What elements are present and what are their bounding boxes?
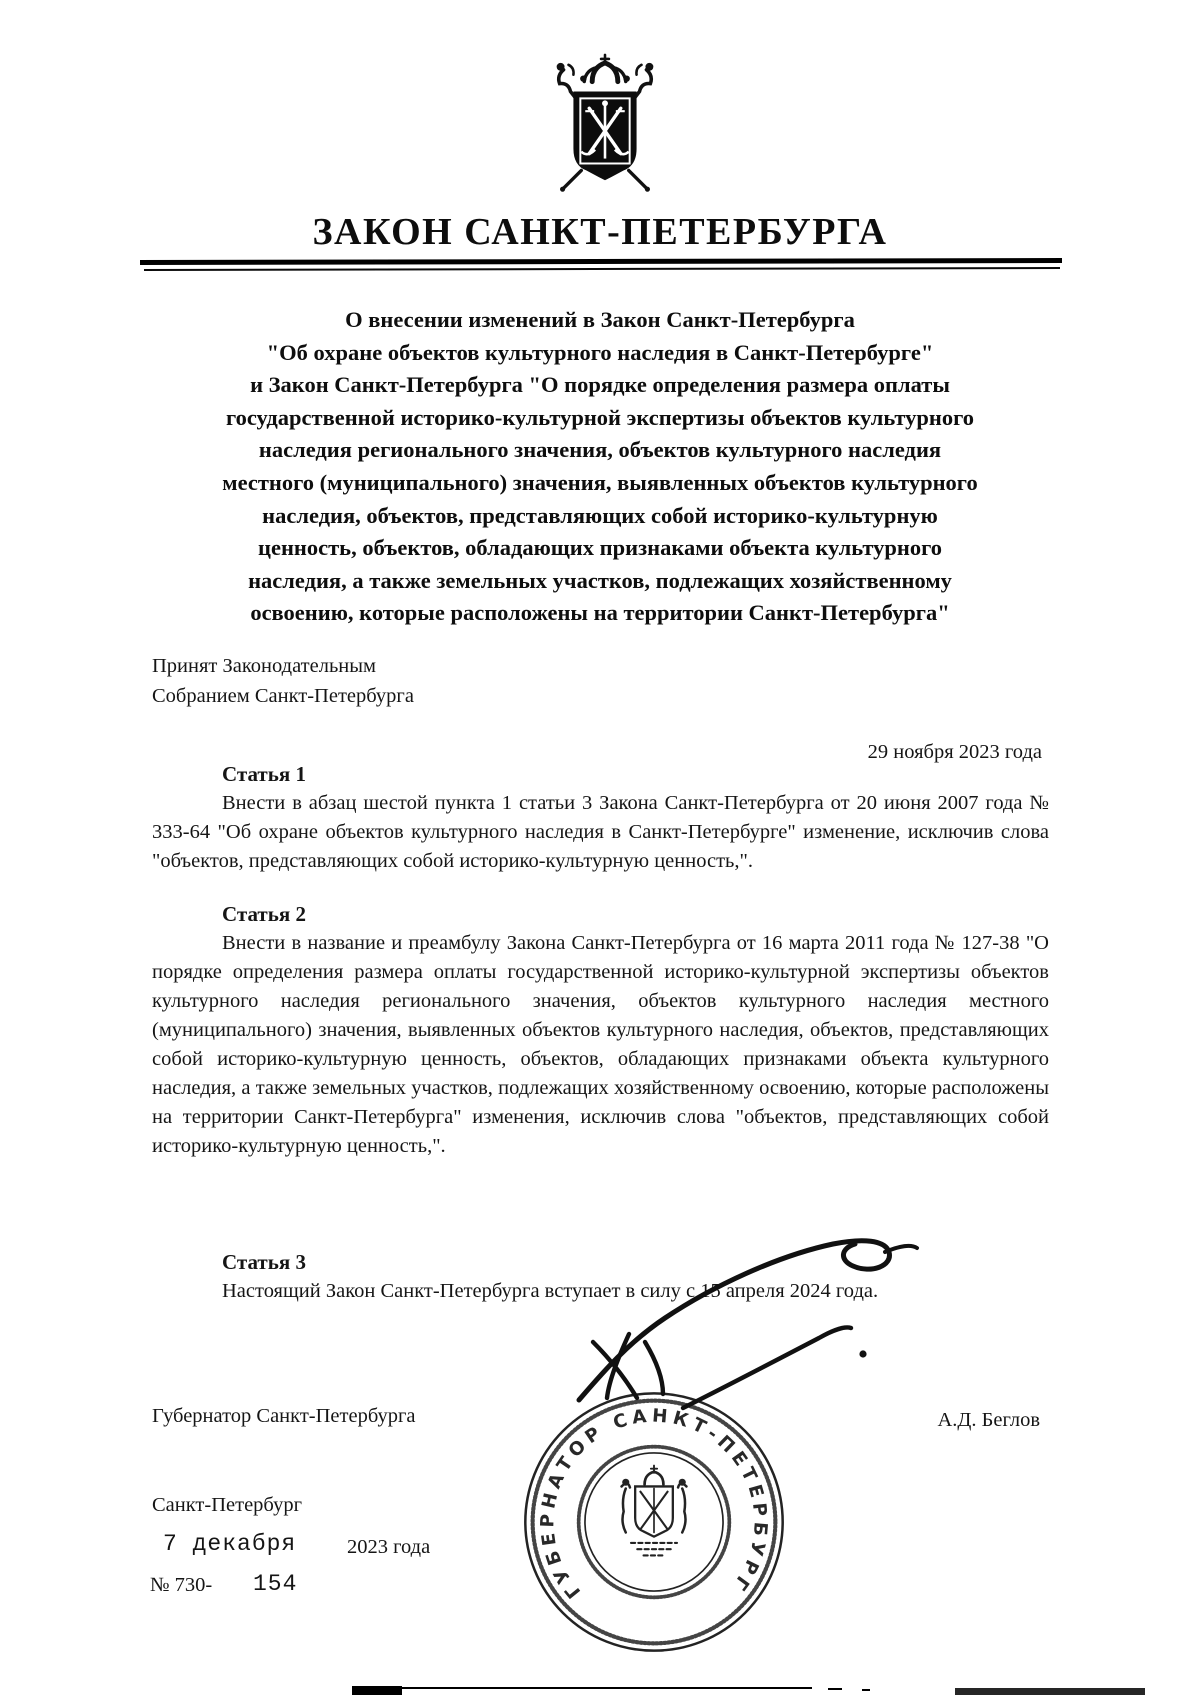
subject-line: местного (муниципального) значения, выяв… xyxy=(152,467,1048,500)
subject-line: наследия, объектов, представляющих собой… xyxy=(152,500,1048,533)
adoption-line: Принят Законодательным xyxy=(152,651,572,681)
scan-artifact xyxy=(955,1688,1145,1695)
subject-line: "Об охране объектов культурного наследия… xyxy=(152,337,1048,370)
footer-number-prefix: № 730- xyxy=(150,1574,212,1597)
footer-city: Санкт-Петербург xyxy=(152,1494,302,1517)
adoption-clause: Принят Законодательным Собранием Санкт-П… xyxy=(152,651,572,711)
subject-line: государственной историко-культурной эксп… xyxy=(152,402,1048,435)
document-title: ЗАКОН САНКТ-ПЕТЕРБУРГА xyxy=(0,210,1200,254)
law-subject-block: О внесении изменений в Закон Санкт-Петер… xyxy=(152,304,1048,630)
footer-date-year: 2023 года xyxy=(347,1536,430,1559)
scan-artifact xyxy=(352,1686,402,1695)
adoption-line: Собранием Санкт-Петербурга xyxy=(152,681,572,711)
scan-artifact xyxy=(402,1687,812,1689)
title-divider-thin xyxy=(144,267,1060,271)
scan-artifact xyxy=(828,1688,842,1690)
scanned-law-document-page: ЗАКОН САНКТ-ПЕТЕРБУРГА О внесении измене… xyxy=(0,0,1200,1695)
article-1-body: Внести в абзац шестой пункта 1 статьи 3 … xyxy=(152,789,1049,876)
footer-number-suffix: 154 xyxy=(253,1571,297,1597)
subject-line: наследия, а также земельных участков, по… xyxy=(152,565,1048,598)
article-1-heading: Статья 1 xyxy=(222,761,1049,788)
coat-of-arms-icon xyxy=(535,52,675,200)
footer-date-day-month: 7 декабря xyxy=(163,1531,296,1557)
scan-artifact xyxy=(862,1689,870,1691)
article-1: Статья 1 Внести в абзац шестой пункта 1 … xyxy=(152,761,1049,876)
subject-line: и Закон Санкт-Петербурга "О порядке опре… xyxy=(152,369,1048,402)
title-divider-thick xyxy=(140,258,1062,265)
governor-signature xyxy=(533,1222,933,1437)
subject-line: наследия регионального значения, объекто… xyxy=(152,434,1048,467)
article-2-body: Внести в название и преамбулу Закона Сан… xyxy=(152,929,1049,1161)
subject-line: О внесении изменений в Закон Санкт-Петер… xyxy=(152,304,1048,337)
article-2: Статья 2 Внести в название и преамбулу З… xyxy=(152,901,1049,1161)
subject-line: ценность, объектов, обладающих признакам… xyxy=(152,532,1048,565)
article-2-heading: Статья 2 xyxy=(222,901,1049,928)
subject-line: освоению, которые расположены на террито… xyxy=(152,597,1048,630)
